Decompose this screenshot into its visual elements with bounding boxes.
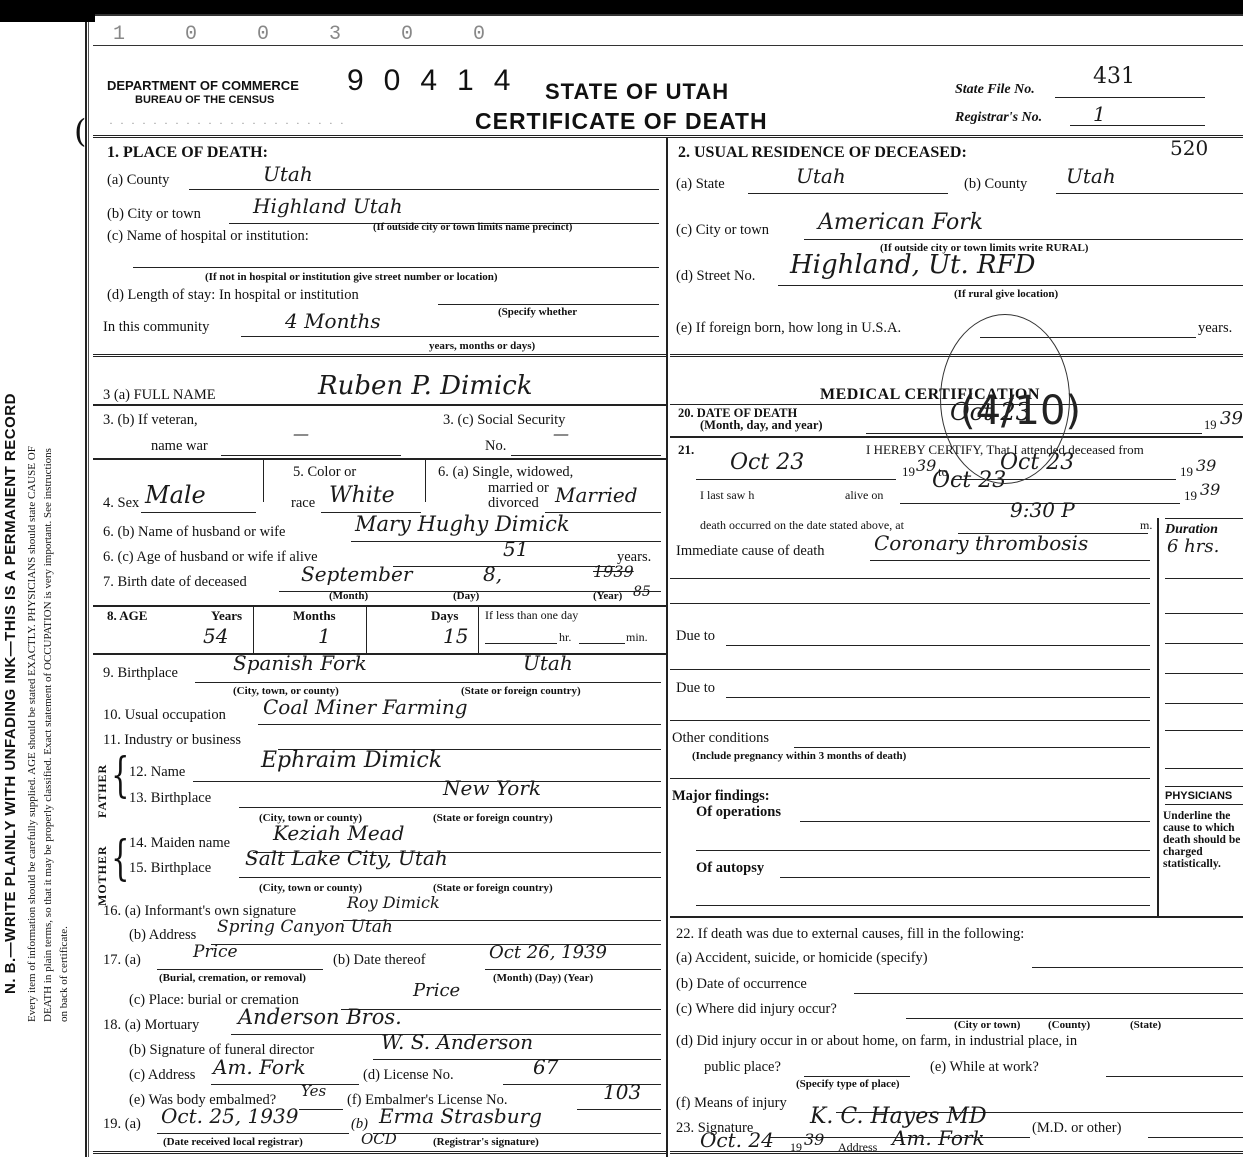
length-of-stay-field[interactable] — [438, 285, 659, 305]
birth-day-value: 8, — [483, 562, 502, 586]
length-of-stay-label: (d) Length of stay: In hospital or insti… — [107, 287, 359, 304]
hospital-label: (c) Name of hospital or institution: — [107, 228, 309, 245]
father-side-label: FATHER — [95, 764, 110, 818]
embalmer-license-value: 103 — [603, 1080, 641, 1104]
while-at-work-label: (e) While at work? — [930, 1059, 1039, 1076]
residence-state-label: (a) State — [676, 176, 725, 193]
ss-no-field[interactable] — [511, 436, 661, 456]
community-label: In this community — [103, 319, 209, 336]
residence-street-label: (d) Street No. — [676, 268, 755, 285]
mother-birthplace-value: Salt Lake City, Utah — [245, 846, 448, 870]
injury-place-field[interactable] — [906, 999, 1243, 1019]
instructions-line-3: on back of certificate. — [58, 926, 70, 1022]
age-years-label: Years — [211, 608, 242, 624]
father-birthplace-label: 13. Birthplace — [129, 790, 211, 807]
injury-state-note: (State) — [1130, 1019, 1161, 1031]
spouse-age-label: 6. (c) Age of husband or wife if alive — [103, 549, 318, 566]
public-place-field[interactable] — [804, 1057, 910, 1077]
death-time-value: 9:30 P — [1010, 498, 1075, 522]
margin-rule — [85, 22, 89, 1157]
burial-date-label: (b) Date thereof — [333, 952, 426, 969]
city-value: Highland Utah — [253, 194, 403, 218]
scan-top-border — [0, 0, 1243, 22]
marital-label-3: divorced — [488, 495, 539, 512]
funeral-director-value: W. S. Anderson — [381, 1030, 533, 1054]
left-column: 1. PLACE OF DEATH: (a) County Utah (b) C… — [93, 138, 668, 1157]
age-hr-label: hr. — [559, 630, 571, 645]
date-of-death-year: 39 — [1220, 408, 1243, 429]
informant-signature-value: Roy Dimick — [347, 893, 440, 912]
faint-serial: 1 0 0 3 0 0 — [113, 23, 509, 46]
immediate-cause-value: Coronary thrombosis — [874, 531, 1088, 555]
color-label: 5. Color or — [293, 464, 356, 481]
father-brace: { — [111, 751, 129, 799]
accident-label: (a) Accident, suicide, or homicide (spec… — [676, 950, 928, 967]
residence-street-value: Highland, Ut. RFD — [790, 250, 1035, 280]
spouse-name-value: Mary Hughy Dimick — [355, 512, 570, 536]
occurrence-date-label: (b) Date of occurrence — [676, 976, 807, 993]
occupation-value: Coal Miner Farming — [263, 695, 468, 719]
public-place-label: public place? — [704, 1059, 781, 1076]
mortuary-address-value: Am. Fork — [213, 1055, 306, 1079]
injury-city-note: (City or town) — [954, 1019, 1020, 1031]
veteran-war-field[interactable] — [221, 436, 401, 456]
birthplace-state-value: Utah — [523, 651, 573, 675]
foreign-born-label: (e) If foreign born, how long in U.S.A. — [676, 320, 901, 337]
burial-field[interactable] — [157, 950, 323, 970]
permanent-record-notice: N. B.—WRITE PLAINLY WITH UNFADING INK—TH… — [2, 94, 19, 994]
death-time-suffix: m. — [1140, 518, 1152, 533]
age-days-value[interactable]: 15 — [443, 624, 468, 648]
last-saw-label: I last saw h — [700, 488, 754, 503]
sex-label: 4. Sex — [103, 495, 139, 512]
due-to-label-1: Due to — [676, 628, 715, 645]
residence-city-label: (c) City or town — [676, 222, 769, 239]
due-to-label-2: Due to — [676, 680, 715, 697]
means-of-injury-label: (f) Means of injury — [676, 1095, 787, 1112]
spouse-name-label: 6. (b) Name of husband or wife — [103, 524, 285, 541]
registrar-initials: OCD — [361, 1130, 397, 1148]
community-note: years, months or days) — [429, 340, 535, 352]
alive-on-label: alive on — [845, 488, 883, 503]
occupation-label: 10. Usual occupation — [103, 707, 226, 724]
birth-month-value: September — [301, 562, 412, 586]
certificate-header: DEPARTMENT OF COMMERCE BUREAU OF THE CEN… — [93, 46, 1243, 138]
burial-date-note: (Month) (Day) (Year) — [493, 972, 593, 984]
hospital-field[interactable] — [133, 248, 659, 268]
age-years-value[interactable]: 54 — [203, 624, 228, 648]
city-note: (If outside city or town limits name pre… — [373, 222, 572, 233]
attended-to-year: 39 — [1196, 456, 1216, 475]
while-at-work-field[interactable] — [1106, 1057, 1243, 1077]
age-min-label: min. — [626, 630, 648, 645]
date-of-death-sub: (Month, day, and year) — [700, 418, 823, 433]
father-name-value: Ephraim Dimick — [261, 748, 442, 773]
burial-note: (Burial, cremation, or removal) — [159, 972, 306, 984]
marital-value: Married — [555, 483, 638, 507]
serial-strip: 1 0 0 3 0 0 — [93, 22, 1243, 46]
age-lessday-label: If less than one day — [485, 608, 578, 623]
ss-no-label: No. — [485, 438, 506, 455]
due-to-field-1[interactable] — [726, 626, 1150, 646]
coder-mark-text: (4/10) — [960, 388, 1081, 434]
injury-county-note: (County) — [1048, 1019, 1090, 1031]
duration-column: Duration 6 hrs. PHYSICIANS Underline the… — [1157, 518, 1243, 916]
birth-year-value: 1939 — [593, 562, 634, 581]
other-conditions-field[interactable] — [794, 728, 1150, 748]
department-label: DEPARTMENT OF COMMERCE — [107, 78, 299, 93]
autopsy-label: Of autopsy — [696, 860, 764, 877]
age-min-field[interactable] — [579, 626, 625, 644]
birth-month-note: (Month) — [329, 590, 368, 602]
birthplace-state-note: (State or foreign country) — [461, 685, 581, 697]
father-birthplace-value: New York — [443, 776, 541, 800]
informant-address-value: Spring Canyon Utah — [217, 917, 393, 937]
age-days-label: Days — [431, 608, 458, 624]
signature-date-value: Oct. 24 — [700, 1128, 774, 1152]
residence-street-note: (If rural give location) — [954, 288, 1058, 300]
city-label: (b) City or town — [107, 206, 201, 223]
birth-year-note: (Year) — [593, 590, 622, 602]
residence-city-value: American Fork — [818, 210, 983, 235]
birthplace-label: 9. Birthplace — [103, 665, 178, 682]
signature-year: 39 — [804, 1130, 824, 1149]
birth-date-label: 7. Birth date of deceased — [103, 574, 247, 591]
burial-value: Price — [193, 942, 238, 962]
marital-label-1: 6. (a) Single, widowed, — [438, 464, 573, 481]
mother-brace: { — [111, 834, 129, 882]
registrar-number-label: Registrar's No. — [955, 110, 1042, 126]
date-of-death-year-prefix: 19 — [1204, 418, 1217, 433]
registrar-signature-note: (Registrar's signature) — [433, 1136, 539, 1148]
mother-side-label: MOTHER — [95, 845, 110, 906]
burial-label: 17. (a) — [103, 952, 141, 969]
age-months-label: Months — [293, 608, 336, 624]
physicians-note: Underline the cause to which death shoul… — [1163, 810, 1243, 870]
mortuary-label: 18. (a) Mortuary — [103, 1017, 199, 1034]
social-security-label: 3. (c) Social Security — [443, 412, 565, 429]
industry-field[interactable] — [278, 730, 661, 750]
burial-place-value: Price — [413, 980, 460, 1001]
accident-field[interactable] — [1032, 948, 1243, 968]
attended-from-value: Oct 23 — [730, 450, 804, 475]
residence-state-field[interactable] — [748, 174, 948, 194]
race-label: race — [291, 495, 315, 512]
race-value: White — [329, 483, 395, 508]
license-label: (d) License No. — [363, 1067, 454, 1084]
mortuary-value: Anderson Bros. — [238, 1005, 402, 1029]
embalmed-value: Yes — [301, 1082, 326, 1100]
instructions-line-2: DEATH in plain terms, so that it may be … — [42, 448, 54, 1022]
county-value: Utah — [263, 162, 313, 186]
right-column: 2. USUAL RESIDENCE OF DECEASED: 520 (a) … — [670, 138, 1243, 1157]
autopsy-field[interactable] — [780, 858, 1150, 878]
age-label: 8. AGE — [107, 608, 147, 624]
birth-day-note: (Day) — [453, 590, 479, 602]
burial-date-value: Oct 26, 1939 — [489, 942, 607, 963]
father-state-note: (State or foreign country) — [433, 812, 553, 824]
mother-maiden-label: 14. Maiden name — [129, 835, 230, 852]
residence-county-label: (b) County — [964, 176, 1027, 193]
registrar-date-note: (Date received local registrar) — [163, 1136, 303, 1148]
stamp-number: 90414 — [347, 64, 530, 98]
place-of-death-heading: 1. PLACE OF DEATH: — [107, 144, 268, 162]
registrar-number-value: 1 — [1093, 102, 1106, 126]
registrar-number-field[interactable] — [1070, 108, 1205, 126]
spouse-age-value: 51 — [503, 537, 528, 561]
county-field[interactable] — [189, 170, 659, 190]
state-title: STATE OF UTAH — [545, 79, 729, 105]
occurrence-date-field[interactable] — [854, 974, 1243, 994]
physician-address-value: Am. Fork — [892, 1126, 985, 1150]
physician-signature-suffix: (M.D. or other) — [1032, 1120, 1121, 1137]
state-file-label: State File No. — [955, 82, 1035, 98]
paren-mark: ( — [74, 112, 86, 150]
injury-location-type-label: (d) Did injury occur in or about home, o… — [676, 1033, 1077, 1050]
residence-corner-number: 520 — [1170, 136, 1208, 160]
county-label: (a) County — [107, 172, 169, 189]
residence-state-value: Utah — [796, 164, 846, 188]
death-certificate-form: 1 0 0 3 0 0 DEPARTMENT OF COMMERCE BUREA… — [93, 22, 1243, 1157]
age-hr-field[interactable] — [485, 626, 557, 644]
mother-birthplace-label: 15. Birthplace — [129, 860, 211, 877]
bureau-label: BUREAU OF THE CENSUS — [135, 94, 274, 106]
mother-maiden-value: Keziah Mead — [273, 821, 404, 845]
informant-address-label: (b) Address — [129, 927, 196, 944]
other-conditions-label: Other conditions — [672, 730, 769, 747]
duration-value[interactable]: 6 hrs. — [1167, 536, 1219, 557]
name-war-label: name war — [151, 438, 208, 455]
license-value: 67 — [533, 1055, 558, 1079]
hospital-note: (If not in hospital or institution give … — [205, 271, 498, 283]
other-conditions-note: (Include pregnancy within 3 months of de… — [692, 750, 906, 762]
age-months-value[interactable]: 1 — [318, 624, 331, 648]
public-place-note: (Specify type of place) — [796, 1078, 900, 1090]
registrar-date-label: 19. (a) — [103, 1116, 141, 1133]
mortuary-address-label: (c) Address — [129, 1067, 195, 1084]
operations-label: Of operations — [696, 804, 781, 821]
foreign-born-unit: years. — [1198, 320, 1232, 337]
injury-place-label: (c) Where did injury occur? — [676, 1001, 837, 1018]
major-findings-label: Major findings: — [672, 788, 770, 805]
community-value: 4 Months — [285, 309, 381, 333]
veteran-war-value: — — [293, 424, 309, 443]
birth-year-corrected: 85 — [633, 584, 651, 600]
full-name-value: Ruben P. Dimick — [318, 371, 533, 401]
veteran-label: 3. (b) If veteran, — [103, 412, 198, 429]
state-file-value: 431 — [1093, 64, 1135, 89]
last-saw-year: 39 — [1200, 480, 1220, 499]
father-name-label: 12. Name — [129, 764, 185, 781]
mother-state-note: (State or foreign country) — [433, 882, 553, 894]
instructions-line-1: Every item of information should be care… — [26, 446, 38, 1022]
full-name-label: 3 (a) FULL NAME — [103, 387, 216, 404]
certify-number: 21. — [678, 442, 694, 458]
margin-instructions: N. B.—WRITE PLAINLY WITH UNFADING INK—TH… — [0, 22, 92, 1157]
ss-no-value: — — [553, 424, 569, 443]
external-causes-heading: 22. If death was due to external causes,… — [676, 926, 1024, 943]
certificate-title: CERTIFICATE OF DEATH — [475, 108, 768, 135]
usual-residence-heading: 2. USUAL RESIDENCE OF DECEASED: — [678, 144, 967, 162]
registrar-date-value: Oct. 25, 1939 — [161, 1104, 298, 1128]
immediate-cause-label: Immediate cause of death — [676, 543, 825, 560]
physicians-label: PHYSICIANS — [1165, 790, 1232, 802]
birthplace-city-value: Spanish Fork — [233, 651, 367, 675]
faint-text: · · · · · · · · · · · · · · · · · · · · … — [109, 116, 346, 131]
due-to-field-2[interactable] — [726, 678, 1150, 698]
operations-field[interactable] — [800, 802, 1150, 822]
sex-value: Male — [145, 481, 206, 509]
residence-county-value: Utah — [1066, 164, 1116, 188]
registrar-signature-value: Erma Strasburg — [379, 1104, 542, 1128]
